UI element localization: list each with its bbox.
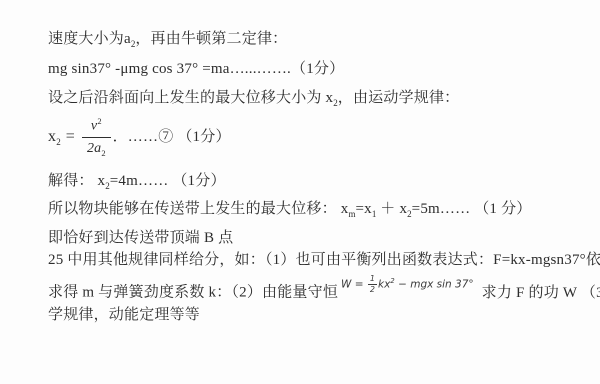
formula-lhs: x2 [48,128,61,145]
line-text: 求得 m 与弹簧劲度系数 k：（2）由能量守恒 [48,285,338,301]
fraction: v22a2 [82,116,111,159]
line-velocity-newton-law: 速度大小为a2，再由牛顿第二定律： [48,30,287,50]
line-max-displacement-setup: 设之后沿斜面向上发生的最大位移大小为 x2，由运动学规律： [48,89,459,109]
line-solution-x2: 解得： x2=4m…… （1分） [48,172,226,192]
equation-text: mg sin37° -μmg cos 37° =ma…...…….（1分） [48,61,344,77]
line-reach-point-b: 即恰好到达传送带顶端 B 点 [48,229,233,248]
subscript: 2 [56,137,61,147]
line-alt-method-25: 25 中用其他规律同样给分，如：（1）也可由平衡列出函数表达式：F=kx-mgs… [48,251,600,270]
variable-2a: 2a [87,141,101,156]
line-text: ，再由牛顿第二定律： [135,31,287,47]
small-fraction: 12 [368,274,377,295]
variable-x: x [48,128,56,145]
line-spring-energy: 求得 m 与弹簧劲度系数 k：（2）由能量守恒W = 12kx2 − mgx s… [48,283,600,304]
line-text: ，由运动学规律： [338,90,460,106]
displayed-formula-x2: x2=v22a2．……⑦ （1分） [48,116,231,159]
document-page: 速度大小为a2，再由牛顿第二定律： mg sin37° -μmg cos 37°… [0,0,600,384]
formula-score-note: ．……⑦ （1分） [113,129,231,145]
line-newton-equation: mg sin37° -μmg cos 37° =ma…...…….（1分） [48,60,344,79]
superscript: 2 [97,116,101,126]
formula-mid: kx [378,279,390,291]
line-text: =4m…… （1分） [110,173,226,189]
line-text: 25 中用其他规律同样给分，如：（1）也可由平衡列出函数表达式：F=kx-mgs… [48,252,600,268]
plus-sign: ＋ x [376,201,407,217]
formula-tail: − mgx sin 37° [395,279,474,291]
small-fraction-numerator: 1 [368,274,377,285]
line-text: 速度大小为a [48,31,131,47]
line-text: 求力 F 的功 W （3）其他运动 [482,285,600,301]
line-text: =5m…… （1 分） [412,201,532,217]
equals-sign: = [66,128,75,145]
line-text: 解得： x [48,173,105,189]
line-kinetic-theorem: 学规律，动能定理等等 [48,306,200,325]
line-text: 所以物块能够在传送带上发生的最大位移： x [48,201,348,217]
fraction-denominator: 2a2 [82,138,111,158]
line-text: =x [355,201,371,217]
small-fraction-denominator: 2 [368,285,377,295]
fraction-numerator: v2 [82,116,111,138]
energy-conservation-formula: W = 12kx2 − mgx sin 37° [341,274,474,295]
subscript: 2 [101,148,105,158]
formula-lead: W = [341,279,367,291]
line-text: 设之后沿斜面向上发生的最大位移大小为 x [48,90,333,106]
line-total-displacement: 所以物块能够在传送带上发生的最大位移： xm=x1 ＋ x2=5m…… （1 分… [48,200,531,220]
line-text: 即恰好到达传送带顶端 B 点 [48,230,233,246]
line-text: 学规律，动能定理等等 [48,307,200,323]
